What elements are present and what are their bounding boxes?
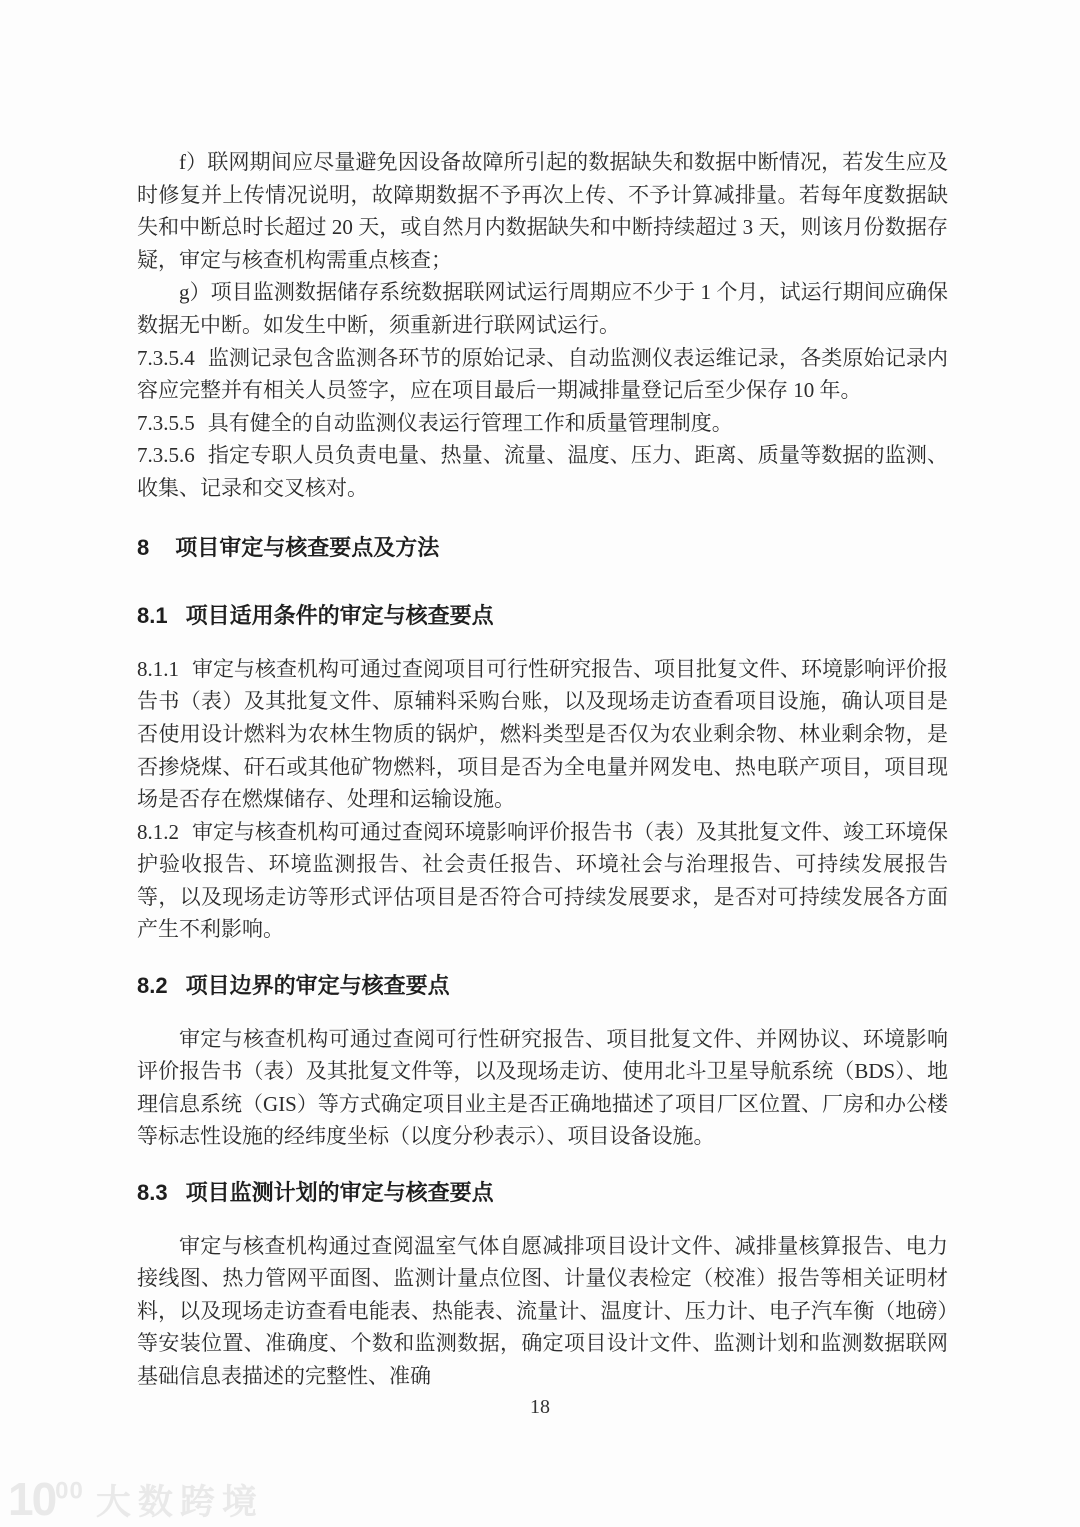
clause-7-3-5-4: 7.3.5.4监测记录包含监测各环节的原始记录、自动监测仪表运维记录，各类原始记… bbox=[137, 342, 948, 407]
clause-number: 7.3.5.5 bbox=[137, 411, 208, 435]
section-8-3-heading: 8.3项目监测计划的审定与核查要点 bbox=[137, 1177, 948, 1210]
heading-text: 项目边界的审定与核查要点 bbox=[186, 973, 450, 998]
clause-number: 8.1.1 bbox=[137, 657, 192, 681]
watermark-logo-icon: 1000 bbox=[8, 1478, 84, 1522]
document-page: f）联网期间应尽量避免因设备故障所引起的数据缺失和数据中断情况，若发生应及时修复… bbox=[0, 0, 1080, 1527]
clause-text: 审定与核查机构可通过查阅项目可行性研究报告、项目批复文件、环境影响评价报告书（表… bbox=[137, 657, 948, 811]
section-8-2-paragraph: 审定与核查机构可通过查阅可行性研究报告、项目批复文件、并网协议、环境影响评价报告… bbox=[137, 1023, 948, 1153]
clause-text: 具有健全的自动监测仪表运行管理工作和质量管理制度。 bbox=[208, 411, 733, 435]
watermark: 1000 大数跨境 bbox=[8, 1478, 264, 1522]
watermark-brand: 大数跨境 bbox=[96, 1485, 264, 1522]
clause-number: 7.3.5.4 bbox=[137, 346, 208, 370]
clause-text: 监测记录包含监测各环节的原始记录、自动监测仪表运维记录，各类原始记录内容应完整并… bbox=[137, 346, 948, 403]
page-content: f）联网期间应尽量避免因设备故障所引起的数据缺失和数据中断情况，若发生应及时修复… bbox=[137, 146, 948, 1393]
heading-number: 8.1 bbox=[137, 603, 186, 628]
chapter-8-heading: 8项目审定与核查要点及方法 bbox=[137, 532, 948, 565]
heading-text: 项目监测计划的审定与核查要点 bbox=[186, 1180, 494, 1205]
heading-number: 8 bbox=[137, 535, 175, 560]
clause-number: 8.1.2 bbox=[137, 820, 192, 844]
clause-8-1-2: 8.1.2审定与核查机构可通过查阅环境影响评价报告书（表）及其批复文件、竣工环境… bbox=[137, 816, 948, 946]
section-8-3-paragraph: 审定与核查机构通过查阅温室气体自愿减排项目设计文件、减排量核算报告、电力接线图、… bbox=[137, 1230, 948, 1393]
heading-text: 项目审定与核查要点及方法 bbox=[175, 535, 439, 560]
page-number: 18 bbox=[0, 1396, 1080, 1419]
clause-text: 审定与核查机构可通过查阅环境影响评价报告书（表）及其批复文件、竣工环境保护验收报… bbox=[137, 820, 948, 942]
clause-7-3-5-6: 7.3.5.6指定专职人员负责电量、热量、流量、温度、压力、距离、质量等数据的监… bbox=[137, 439, 948, 504]
heading-text: 项目适用条件的审定与核查要点 bbox=[186, 603, 494, 628]
clause-number: 7.3.5.6 bbox=[137, 443, 208, 467]
clause-8-1-1: 8.1.1审定与核查机构可通过查阅项目可行性研究报告、项目批复文件、环境影响评价… bbox=[137, 653, 948, 816]
clause-text: 指定专职人员负责电量、热量、流量、温度、压力、距离、质量等数据的监测、收集、记录… bbox=[137, 443, 948, 500]
heading-number: 8.2 bbox=[137, 973, 186, 998]
heading-number: 8.3 bbox=[137, 1180, 186, 1205]
section-8-1-heading: 8.1项目适用条件的审定与核查要点 bbox=[137, 600, 948, 633]
clause-7-3-5-5: 7.3.5.5具有健全的自动监测仪表运行管理工作和质量管理制度。 bbox=[137, 407, 948, 440]
paragraph-item-g: g）项目监测数据储存系统数据联网试运行周期应不少于 1 个月，试运行期间应确保数… bbox=[137, 276, 948, 341]
paragraph-item-f: f）联网期间应尽量避免因设备故障所引起的数据缺失和数据中断情况，若发生应及时修复… bbox=[137, 146, 948, 276]
section-8-2-heading: 8.2项目边界的审定与核查要点 bbox=[137, 970, 948, 1003]
